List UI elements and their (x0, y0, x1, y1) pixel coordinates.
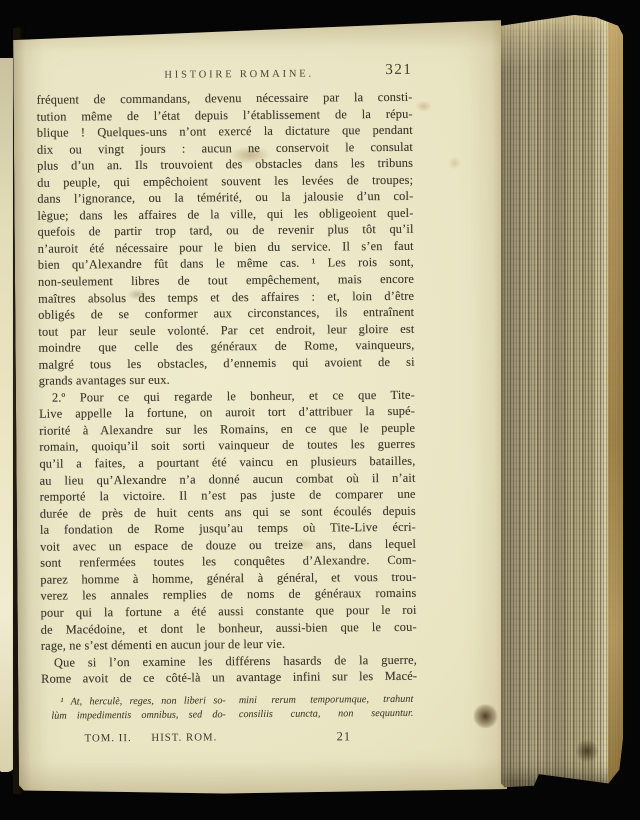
stain (473, 704, 497, 728)
footnote: ¹ At, herculè, reges, non liberi so-lùm … (51, 693, 413, 723)
page-corner-flap (501, 15, 623, 89)
footnote-line: consiliis cuncta, non sequuntur. (239, 707, 414, 722)
text-line: Rome avoit de ce côté-là un avantage inf… (41, 668, 417, 687)
footnote-line: mini rerum temporumque, trahunt (239, 693, 414, 708)
volume-label: TOM. II. (85, 732, 132, 744)
stain (575, 739, 599, 763)
footnote-line: ¹ At, herculè, reges, non liberi so- (51, 694, 226, 709)
stain (448, 156, 461, 169)
signature-line: TOM. II. HIST. ROM. 21 (42, 730, 418, 749)
footnote-column-1: ¹ At, herculè, reges, non liberi so-lùm … (51, 694, 226, 723)
running-title: HISTOIRE ROMAINE. (164, 69, 314, 81)
sheet-number: 21 (337, 729, 352, 744)
text-line: de Macédoine, et dont le bonheur, aussi-… (41, 618, 417, 637)
page-surface: HISTOIRE ROMAINE. 321 fréquent de comman… (13, 20, 507, 796)
body-text: fréquent de commandans, devenu nécessair… (37, 89, 418, 688)
scanned-book-photo: HISTOIRE ROMAINE. 321 fréquent de comman… (0, 0, 640, 820)
running-header: HISTOIRE ROMAINE. 321 (36, 65, 412, 86)
stain (416, 101, 432, 112)
edge-gilt-strip (608, 15, 623, 788)
footnote-line: lùm impedimentis omnibus, sed do- (51, 708, 226, 723)
page-number: 321 (385, 62, 412, 79)
footnote-column-2: mini rerum temporumque, trahuntconsiliis… (239, 693, 414, 722)
text-line: malgré tous les obstacles, d’ennemis qui… (39, 354, 415, 373)
fore-edge (501, 15, 623, 788)
title-abbrev-label: HIST. ROM. (151, 731, 217, 744)
